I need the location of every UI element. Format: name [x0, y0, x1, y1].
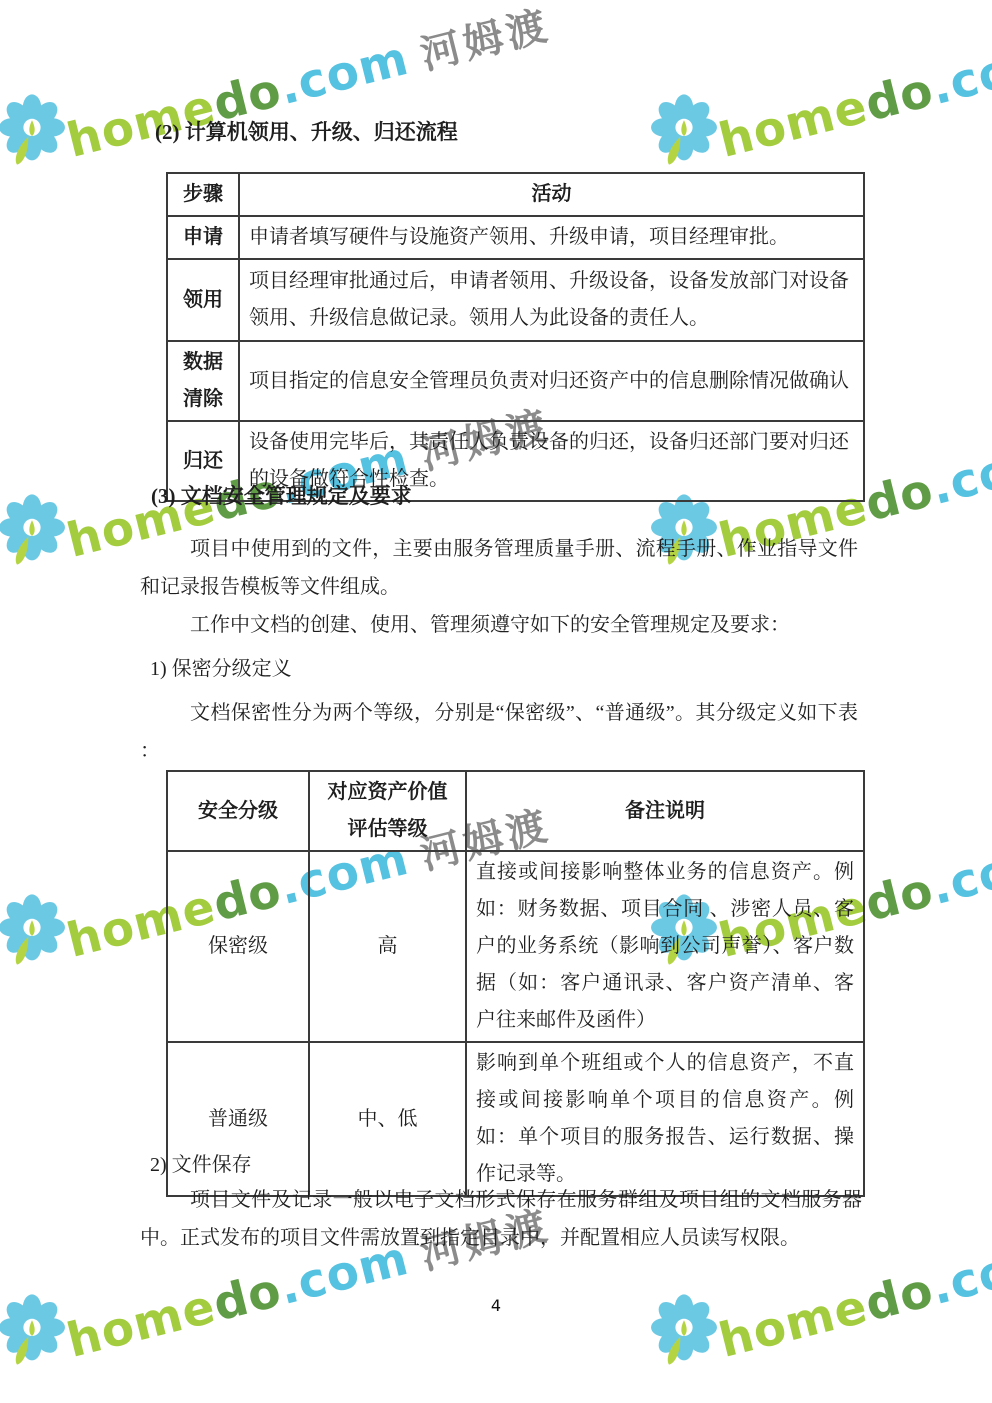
table-row: 申请 申请者填写硬件与设施资产领用、升级申请，项目经理审批。	[167, 216, 864, 259]
page-number: 4	[0, 1296, 992, 1315]
section-heading-computer-process: (2) 计算机领用、升级、归还流程	[155, 116, 458, 146]
watermark-do: do	[860, 63, 939, 133]
document-page: homedo.com河姆渡 homedo.com河姆渡	[0, 0, 992, 1403]
homedo-flower-icon	[0, 493, 68, 579]
watermark-home: home	[714, 1279, 873, 1369]
watermark-com: .com	[926, 831, 992, 916]
table-header-row: 安全分级 对应资产价值评估等级 备注说明	[167, 771, 864, 851]
computer-process-table: 步骤 活动 申请 申请者填写硬件与设施资产领用、升级申请，项目经理审批。 领用 …	[166, 172, 865, 502]
watermark-home: home	[62, 1279, 221, 1369]
column-header-remarks: 备注说明	[466, 771, 864, 851]
list-item-secrecy-definition: 1) 保密分级定义	[150, 652, 292, 681]
paragraph-doc-rules-intro: 工作中文档的创建、使用、管理须遵守如下的安全管理规定及要求：	[140, 608, 790, 637]
watermark-do: do	[860, 463, 939, 533]
activity-cell: 项目指定的信息安全管理员负责对归还资产中的信息删除情况做确认	[239, 341, 864, 421]
watermark-com: .com	[926, 431, 992, 516]
security-level-cell: 保密级	[167, 851, 309, 1042]
watermark-text: homedo.com河姆渡	[715, 0, 992, 165]
table-row: 数据清除 项目指定的信息安全管理员负责对归还资产中的信息删除情况做确认	[167, 341, 864, 421]
asset-value-cell: 高	[309, 851, 466, 1042]
table-header-row: 步骤 活动	[167, 173, 864, 216]
paragraph-doc-composition: 项目中使用到的文件，主要由服务管理质量手册、流程手册、作业指导文件和记录报告模板…	[140, 530, 858, 606]
section-heading-doc-security: (3) 文档安全管理规定及要求	[151, 480, 412, 510]
table-row: 普通级 中、低 影响到单个班组或个人的信息资产，不直接或间接影响单个项目的信息资…	[167, 1042, 864, 1196]
homedo-flower-icon	[0, 93, 68, 179]
homedo-flower-icon	[648, 93, 720, 179]
activity-cell: 项目经理审批通过后，申请者领用、升级设备，设备发放部门对设备领用、升级信息做记录…	[239, 259, 864, 341]
column-header-step: 步骤	[167, 173, 239, 216]
step-cell: 领用	[167, 259, 239, 341]
watermark-cn: 河姆渡	[416, 2, 555, 79]
activity-cell: 申请者填写硬件与设施资产领用、升级申请，项目经理审批。	[239, 216, 864, 259]
column-header-activity: 活动	[239, 173, 864, 216]
homedo-flower-icon	[0, 893, 68, 979]
step-cell: 申请	[167, 216, 239, 259]
watermark-com: .com	[926, 31, 992, 116]
paragraph-secrecy-levels: 文档保密性分为两个等级，分别是“保密级”、“普通级”。其分级定义如下表 ：	[140, 694, 858, 770]
column-header-asset-value: 对应资产价值评估等级	[309, 771, 466, 851]
table-row: 领用 项目经理审批通过后，申请者领用、升级设备，设备发放部门对设备领用、升级信息…	[167, 259, 864, 341]
secrecy-level-table: 安全分级 对应资产价值评估等级 备注说明 保密级 高 直接或间接影响整体业务的信…	[166, 770, 865, 1197]
watermark-home: home	[714, 79, 873, 169]
list-item-file-storage: 2) 文件保存	[150, 1148, 252, 1177]
column-header-security-level: 安全分级	[167, 771, 309, 851]
paragraph-file-storage: 项目文件及记录一般以电子文档形式保存在服务群组及项目组的文档服务器中。正式发布的…	[140, 1181, 862, 1257]
watermark-do: do	[860, 863, 939, 933]
asset-value-cell: 中、低	[309, 1042, 466, 1196]
watermark-com: .com	[274, 31, 414, 116]
remarks-cell: 影响到单个班组或个人的信息资产，不直接或间接影响单个项目的信息资产。例如：单个项…	[466, 1042, 864, 1196]
remarks-cell: 直接或间接影响整体业务的信息资产。例如：财务数据、项目合同 、涉密人员、客户的业…	[466, 851, 864, 1042]
table-row: 保密级 高 直接或间接影响整体业务的信息资产。例如：财务数据、项目合同 、涉密人…	[167, 851, 864, 1042]
step-cell: 数据清除	[167, 341, 239, 421]
